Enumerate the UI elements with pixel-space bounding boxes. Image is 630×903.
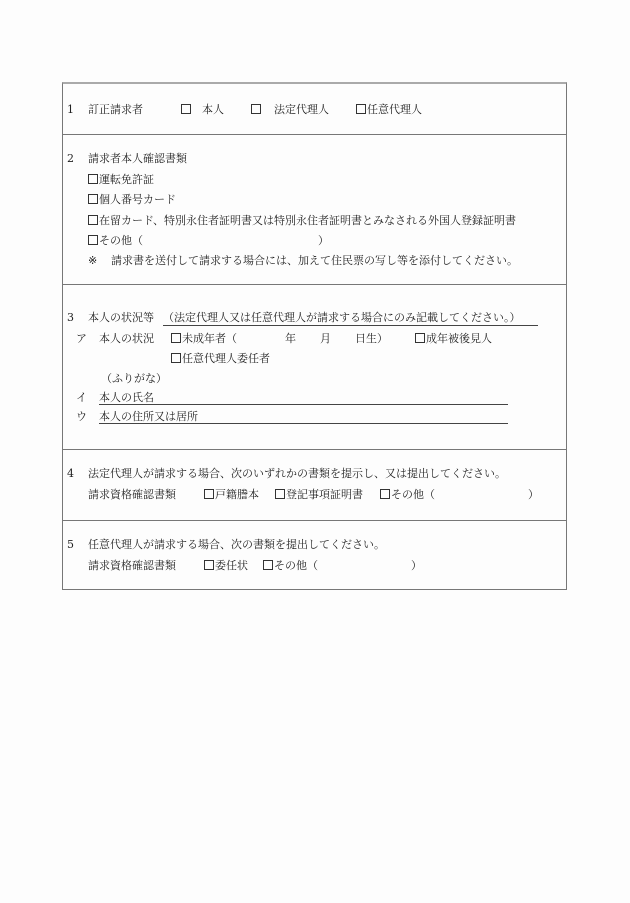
checkbox-self[interactable] <box>181 104 191 114</box>
checkbox-registry-certificate[interactable] <box>275 489 285 499</box>
option-label: その他（ <box>274 559 318 572</box>
option-label: 本人 <box>202 103 224 116</box>
furigana-label: （ふりがな） <box>101 372 167 386</box>
option-my-number-card[interactable]: 個人番号カード <box>88 193 176 207</box>
option-minor[interactable]: 未成年者（ <box>171 332 237 346</box>
option-label: 運転免許証 <box>99 173 154 186</box>
checkbox-principal[interactable] <box>171 353 181 363</box>
section-number: 4 <box>67 467 74 481</box>
checkbox-other[interactable] <box>88 235 98 245</box>
option-legal-representative[interactable]: 法定代理人 <box>251 103 329 117</box>
other-close-paren: ） <box>528 488 539 502</box>
birth-month-label: 月 <box>320 332 331 346</box>
option-other[interactable]: その他（ <box>380 488 435 502</box>
option-label: その他（ <box>391 488 435 501</box>
option-label: その他（ <box>99 234 143 247</box>
option-power-of-attorney[interactable]: 委任状 <box>204 559 248 573</box>
option-adult-ward[interactable]: 成年被後見人 <box>415 332 492 346</box>
option-label: 任意代理人委任者 <box>182 352 270 365</box>
option-label: 在留カード、特別永住者証明書又は特別永住者証明書とみなされる外国人登録証明書 <box>99 214 516 227</box>
section-title: 任意代理人が請求する場合、次の書類を提出してください。 <box>88 538 385 552</box>
option-self[interactable]: 本人 <box>181 103 224 117</box>
principal-address-label: 本人の住所又は居所 <box>99 410 198 424</box>
option-other[interactable]: その他（ <box>88 234 143 248</box>
section-number: 2 <box>67 152 74 166</box>
checkbox-my-number-card[interactable] <box>88 194 98 204</box>
checkbox-power-of-attorney[interactable] <box>204 560 214 570</box>
checkbox-family-register[interactable] <box>204 489 214 499</box>
item-a-mark: ア <box>76 332 87 346</box>
section-voluntary-representative-docs: 5 任意代理人が請求する場合、次の書類を提出してください。 請求資格確認書類 委… <box>63 521 566 590</box>
option-residence-card[interactable]: 在留カード、特別永住者証明書又は特別永住者証明書とみなされる外国人登録証明書 <box>88 214 516 228</box>
checkbox-other[interactable] <box>380 489 390 499</box>
section-title: 本人の状況等 <box>88 311 154 325</box>
option-label: 成年被後見人 <box>426 332 492 345</box>
option-label: 未成年者（ <box>182 332 237 345</box>
checkbox-residence-card[interactable] <box>88 215 98 225</box>
section-principal-status: 3 本人の状況等 （法定代理人又は任意代理人が請求する場合にのみ記載してください… <box>63 285 566 450</box>
option-label: 個人番号カード <box>99 193 176 206</box>
principal-address-field[interactable] <box>99 423 508 424</box>
section-subtitle: （法定代理人又は任意代理人が請求する場合にのみ記載してください。） <box>163 311 538 326</box>
checkbox-other[interactable] <box>263 560 273 570</box>
other-close-paren: ） <box>318 234 329 248</box>
checkbox-adult-ward[interactable] <box>415 333 425 343</box>
option-label: 委任状 <box>215 559 248 572</box>
birth-year-label: 年 <box>285 332 296 346</box>
option-principal[interactable]: 任意代理人委任者 <box>171 352 270 366</box>
section-number: 3 <box>67 311 74 325</box>
section-title: 訂正請求者 <box>88 103 143 117</box>
doc-label: 請求資格確認書類 <box>88 559 176 573</box>
section-legal-representative-docs: 4 法定代理人が請求する場合、次のいずれかの書類を提示し、又は提出してください。… <box>63 450 566 521</box>
note-text: 請求書を送付して請求する場合には、加えて住民票の写し等を添付してください。 <box>111 254 518 268</box>
birth-day-label: 日生） <box>355 332 388 346</box>
section-identity-documents: 2 請求者本人確認書類 運転免許証 個人番号カード 在留カード、特別永住者証明書… <box>63 135 566 285</box>
section-title: 法定代理人が請求する場合、次のいずれかの書類を提示し、又は提出してください。 <box>88 467 506 481</box>
option-registry-certificate[interactable]: 登記事項証明書 <box>275 488 363 502</box>
note-mark: ※ <box>88 254 97 268</box>
doc-label: 請求資格確認書類 <box>88 488 176 502</box>
checkbox-drivers-license[interactable] <box>88 174 98 184</box>
principal-name-field[interactable] <box>99 404 508 405</box>
principal-name-label: 本人の氏名 <box>99 391 154 405</box>
option-label: 法定代理人 <box>274 103 329 116</box>
option-label: 登記事項証明書 <box>286 488 363 501</box>
item-i-mark: イ <box>76 391 87 405</box>
option-other[interactable]: その他（ <box>263 559 318 573</box>
section-requester: 1 訂正請求者 本人 法定代理人 任意代理人 <box>63 84 566 135</box>
option-label: 戸籍謄本 <box>215 488 259 501</box>
option-voluntary-representative[interactable]: 任意代理人 <box>356 103 422 117</box>
checkbox-legal-representative[interactable] <box>251 104 261 114</box>
section-number: 5 <box>67 538 74 552</box>
section-number: 1 <box>67 103 74 117</box>
option-drivers-license[interactable]: 運転免許証 <box>88 173 154 187</box>
correction-request-form-table: 1 訂正請求者 本人 法定代理人 任意代理人 2 請求者本人確認書類 運転免許証… <box>62 82 567 590</box>
option-label: 任意代理人 <box>367 103 422 116</box>
option-family-register[interactable]: 戸籍謄本 <box>204 488 259 502</box>
item-u-mark: ウ <box>76 410 87 424</box>
checkbox-voluntary-representative[interactable] <box>356 104 366 114</box>
other-close-paren: ） <box>411 559 422 573</box>
checkbox-minor[interactable] <box>171 333 181 343</box>
section-title: 請求者本人確認書類 <box>88 152 187 166</box>
principal-status-label: 本人の状況 <box>99 332 154 346</box>
